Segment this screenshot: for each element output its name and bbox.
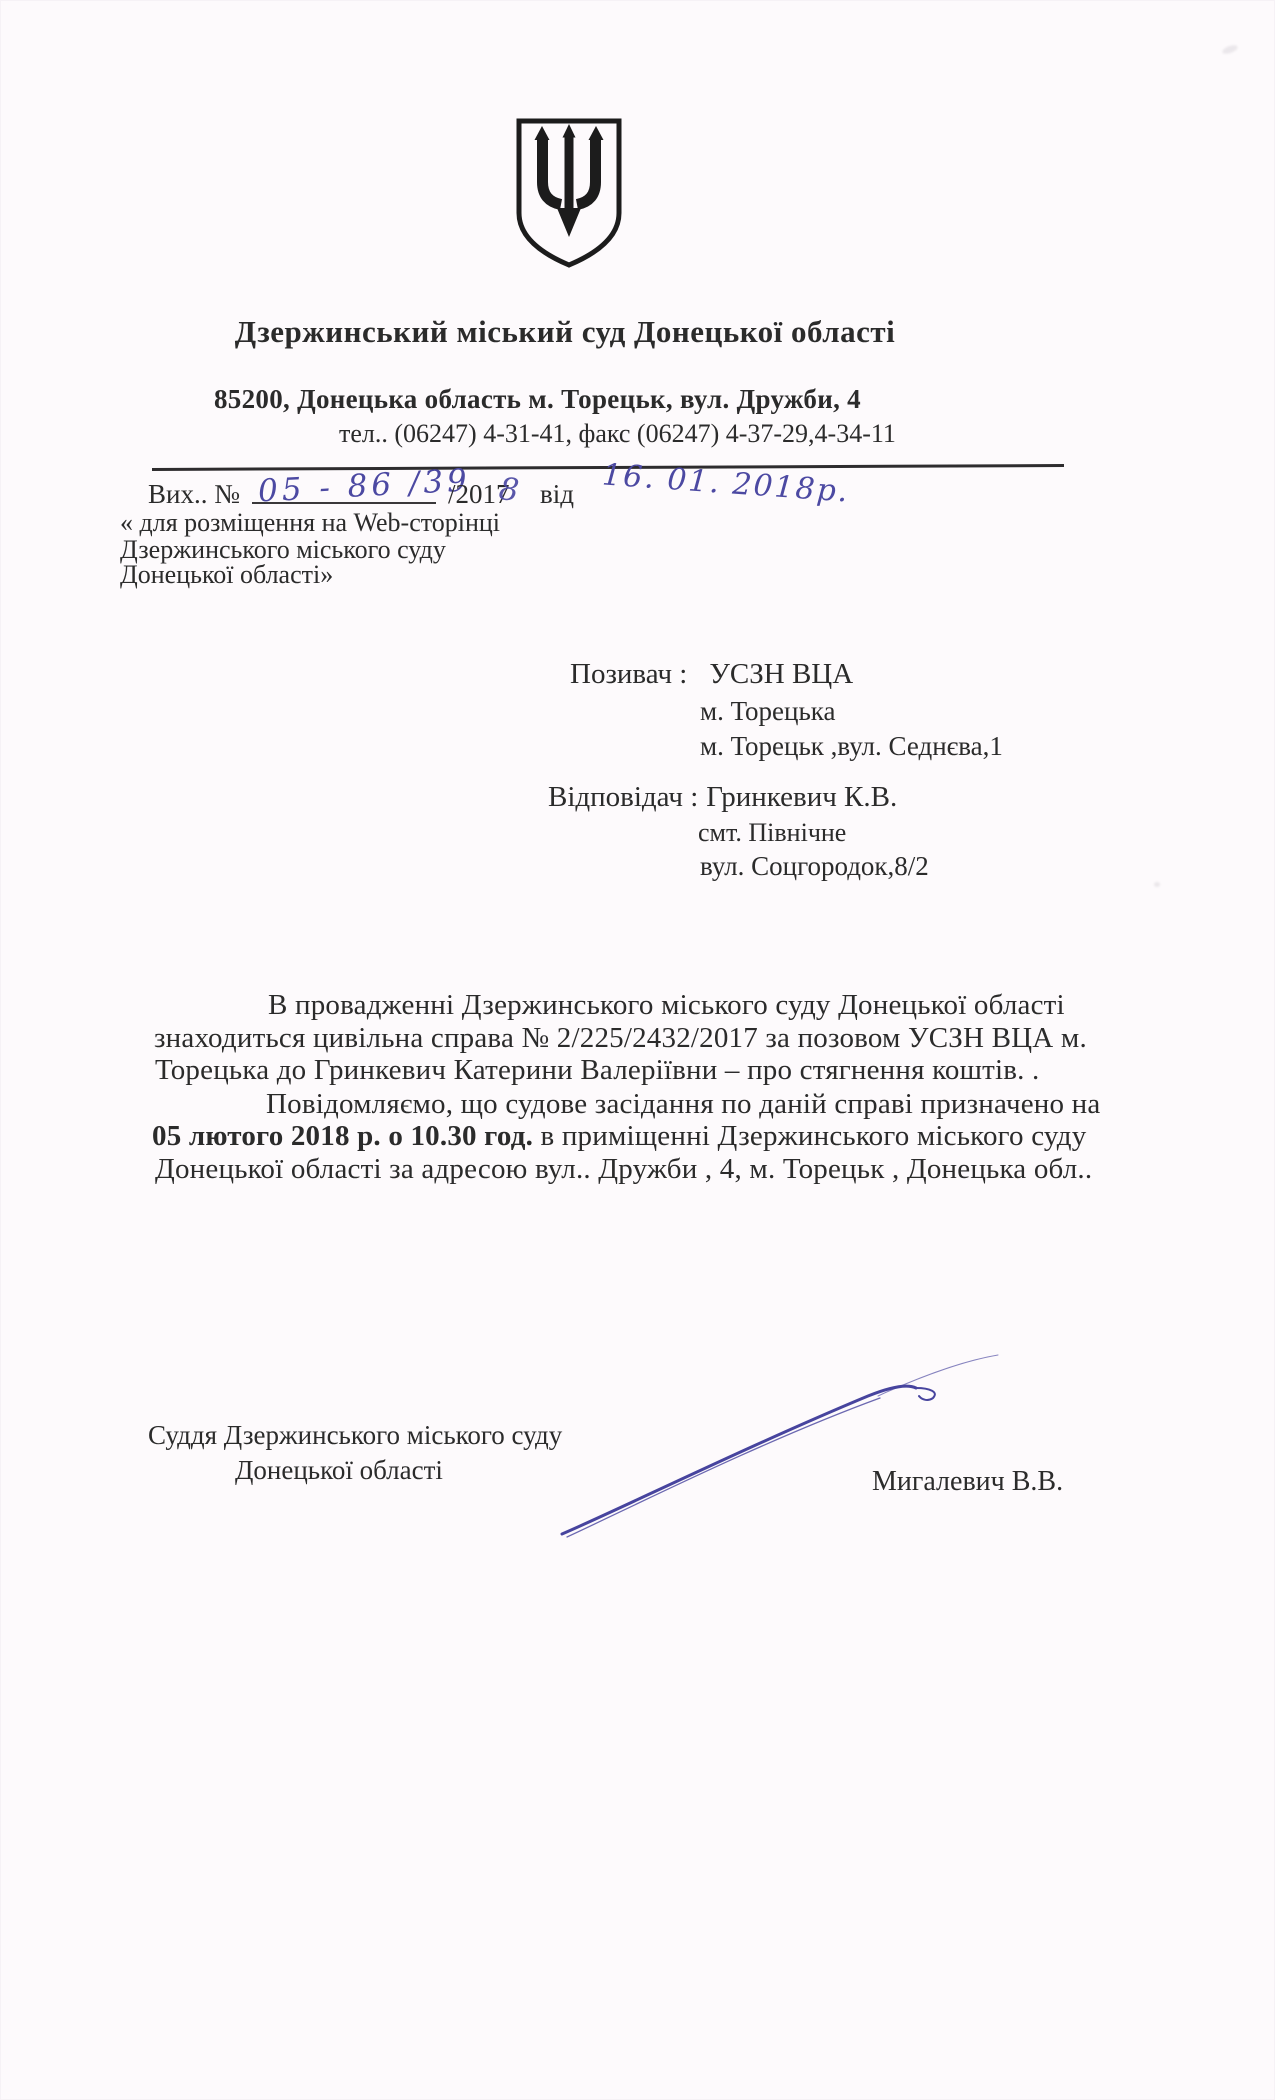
court-name-title: Дзержинський міський суд Донецької облас… (125, 314, 1005, 350)
court-phone-fax: тел.. (06247) 4-31-41, факс (06247) 4-37… (339, 419, 896, 449)
defendant-label: Відповідач : (548, 781, 698, 813)
defendant-address-line1: смт. Північне (698, 818, 846, 848)
web-posting-note-line3: Донецької області» (120, 560, 333, 590)
plaintiff-label: Позивач : (570, 658, 687, 690)
plaintiff-address-line2: м. Торецьк ,вул. Седнєва,1 (700, 731, 1003, 762)
defendant-name: Гринкевич К.В. (706, 781, 897, 813)
body-paragraph1-line1: В провадженні Дзержинського міського суд… (268, 989, 1065, 1022)
web-posting-note-line1: « для розміщення на Web-сторінці (120, 508, 500, 538)
judge-signature-ink (548, 1348, 1008, 1548)
scan-speck (1154, 882, 1160, 887)
ref-year-handwritten-correction: 8 (497, 471, 521, 509)
ref-date-label: від (540, 479, 574, 510)
scanned-court-letter: Дзержинський міський суд Донецької облас… (0, 0, 1275, 2100)
plaintiff-address-line1: м. Торецька (700, 696, 836, 727)
body-paragraph2-line3: Донецької області за адресою вул.. Дружб… (155, 1153, 1092, 1186)
hearing-date-time: 05 лютого 2018 р. о 10.30 год. (152, 1120, 533, 1152)
judge-name: Мигалевич В.В. (872, 1466, 1063, 1498)
body-paragraph1-line2: знаходиться цивільна справа № 2/225/2432… (154, 1022, 1087, 1055)
body-paragraph1-line3: Торецька до Гринкевич Катерини Валеріївн… (155, 1054, 1040, 1087)
body-paragraph2-line1: Повідомляємо, що судове засідання по дан… (266, 1088, 1100, 1121)
judge-title-line1: Суддя Дзержинського міського суду (148, 1420, 562, 1451)
defendant-address-line2: вул. Соцгородок,8/2 (700, 851, 929, 882)
ukraine-trident-emblem-icon (511, 116, 627, 271)
ref-number-prefix: Вих.. № (148, 479, 240, 510)
court-address: 85200, Донецька область м. Торецьк, вул.… (214, 384, 861, 415)
body-paragraph2-line2-rest: в приміщенні Дзержинського міського суду (533, 1120, 1086, 1152)
scan-speck (1221, 44, 1238, 55)
plaintiff-name: УСЗН ВЦА (709, 658, 853, 690)
defendant-line: Відповідач :Гринкевич К.В. (548, 781, 897, 814)
judge-title-line2: Донецької області (235, 1455, 443, 1486)
plaintiff-line: Позивач :УСЗН ВЦА (570, 658, 853, 691)
body-paragraph2-line2: 05 лютого 2018 р. о 10.30 год. в приміще… (152, 1120, 1086, 1153)
